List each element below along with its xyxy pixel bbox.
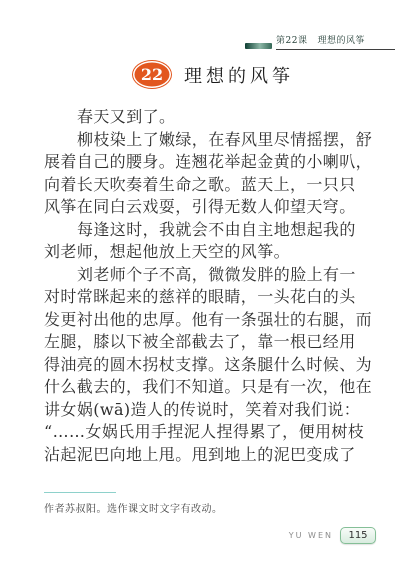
text-line: 风筝在同白云戏耍，引得无数人仰望天穹。 [44, 196, 376, 219]
header-accent-bar [245, 43, 272, 49]
text-line: 每逢这时，我就会不由自主地想起我的 [44, 219, 376, 242]
lesson-title-row: 22 理想的风筝 [133, 61, 294, 88]
text-line: 春天又到了。 [44, 106, 376, 129]
lesson-text: 春天又到了。 柳枝染上了嫩绿，在春风里尽情摇摆，舒 展着自己的腰身。连翘花举起金… [44, 106, 376, 466]
footnote: 作者苏叔阳。选作课文时文字有改动。 [44, 500, 223, 515]
page-header: 第22课理想的风筝 [245, 33, 395, 50]
lesson-number-badge: 22 [133, 61, 171, 88]
text-line: 发更衬出他的忠厚。他有一条强壮的右腿，而 [44, 309, 376, 332]
header-lesson-label: 第22课 [276, 36, 307, 46]
text-line: 沾起泥巴向地上甩。甩到地上的泥巴变成了 [44, 444, 376, 467]
text-line: 向着长天吹奏着生命之歌。蓝天上，一只只 [44, 174, 376, 197]
text-line: 刘老师个子不高，微微发胖的脸上有一 [44, 264, 376, 287]
text-line: 讲女娲(wā)造人的传说时，笑着对我们说： [44, 399, 376, 422]
text-line: 什么截去的，我们不知道。只是有一次，他在 [44, 376, 376, 399]
text-line: 得油亮的圆木拐杖支撑。这条腿什么时候、为 [44, 354, 376, 377]
text-line: 左腿，膝以下被全部截去了，靠一根已经用 [44, 331, 376, 354]
text-line: 展着自己的腰身。连翘花举起金黄的小喇叭， [44, 151, 376, 174]
subject-label: YU WEN [289, 531, 333, 540]
lesson-title: 理想的风筝 [184, 62, 294, 88]
header-rule: 第22课理想的风筝 [276, 33, 395, 50]
text-line: 对时常眯起来的慈祥的眼睛，一头花白的头 [44, 286, 376, 309]
textbook-page: 第22课理想的风筝 22 理想的风筝 春天又到了。 柳枝染上了嫩绿，在春风里尽情… [0, 0, 400, 569]
text-line: “……女娲氏用手捏泥人捏得累了，便用树枝 [44, 421, 376, 444]
header-lesson-title: 理想的风筝 [317, 36, 365, 46]
text-line: 柳枝染上了嫩绿，在春风里尽情摇摆，舒 [44, 129, 376, 152]
page-footer: YU WEN 115 [289, 527, 376, 544]
footnote-divider [44, 492, 116, 493]
text-line: 刘老师，想起他放上天空的风筝。 [44, 241, 376, 264]
page-number-badge: 115 [340, 527, 376, 544]
